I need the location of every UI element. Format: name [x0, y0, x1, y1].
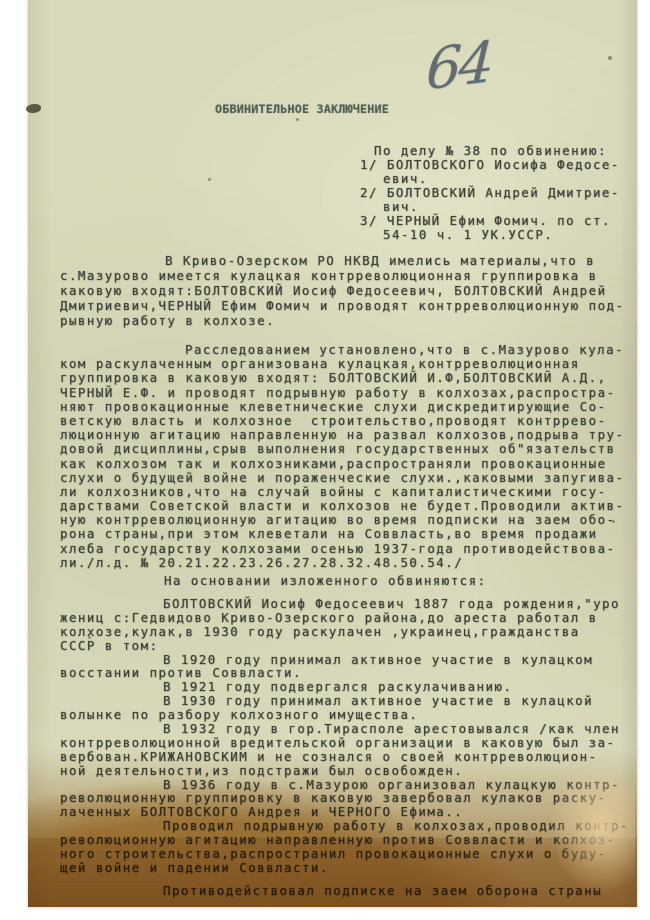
document-line: В 1932 году в гор.Тирасполе арестовывалс… — [163, 721, 637, 735]
document-line: группировка в каковую входят: БОЛТОВСКИЙ… — [60, 370, 637, 384]
paper-speck — [296, 118, 299, 121]
document-line: революционную группировку в каковую заве… — [60, 790, 637, 804]
document-line: ком раскулаченным организована кулацкая,… — [60, 356, 637, 370]
document-line: волынке по разбору колхозного имущества. — [60, 707, 637, 721]
case-header: По делу № 38 по обвинению:1/ БОЛТОВСКОГО… — [60, 143, 637, 241]
scan-canvas: { "page": { "paper_color": "#d9dabb", "s… — [0, 0, 650, 920]
document-line: лаченных БОЛТОВСКОГО Андрея и ЧЕРНОГО Еф… — [60, 804, 637, 818]
document-line: хлеба государству колхозами осенью 1937-… — [60, 541, 637, 555]
document-line: Проводил подрывную работу в колхозах,про… — [163, 818, 637, 832]
document-line: дарствами Советской власти и колхозов не… — [60, 498, 637, 512]
accusation-heading: На основании изложенного обвиняются: — [60, 573, 637, 588]
paragraph-boltovsky: БОЛТОВСКИЙ Иосиф Федосеевич 1887 года ро… — [60, 596, 637, 897]
document-line: БОЛТОВСКИЙ Иосиф Федосеевич 1887 года ро… — [163, 596, 637, 610]
document-title: ОБВИНИТЕЛЬНОЕ ЗАКЛЮЧЕНИЕ — [215, 102, 389, 116]
document-line: восстании против Соввласти. — [60, 665, 637, 679]
document-line: 2/ БОЛТОВСКИЙ Андрей Дмитрие- — [360, 185, 637, 199]
document-line: слухи о будущей войне и пораженческие сл… — [60, 470, 637, 484]
document-line: рона страны,при этом клеветали на Соввла… — [60, 526, 637, 540]
document-line: Расследованием установлено,что в с.Мазур… — [185, 342, 637, 356]
paragraph-investigation: Расследованием установлено,что в с.Мазур… — [60, 342, 637, 569]
document-line: ЧЕРНЫЙ Е.Ф. и проводят подрывную работу … — [60, 385, 637, 399]
document-line: рывную работу в колхозе. — [60, 313, 637, 328]
document-line: По делу № 38 по обвинению: — [374, 143, 637, 157]
document-line: Противодействовал подписке на заем оборо… — [163, 883, 637, 897]
document-line: 1/ БОЛТОВСКОГО Иосифа Федосе- — [360, 157, 637, 171]
paper-speck — [608, 56, 612, 60]
document-line: ли колхозников,что на случай войны с кап… — [60, 484, 637, 498]
document-line: каковую входят:БОЛТОВСКИЙ Иосиф Федосеев… — [60, 283, 637, 298]
document-page: 64 ОБВИНИТЕЛЬНОЕ ЗАКЛЮЧЕНИЕ По делу № 38… — [28, 0, 637, 907]
paragraph-intro: В Криво-Озерском РО НКВД имелись материа… — [60, 253, 637, 328]
document-line: ли./л.д. № 20.21.22.23.26.27.28.32.48.50… — [60, 555, 637, 569]
document-line: 54-10 ч. 1 УК.УССР. — [383, 227, 637, 241]
document-line: ную контрреволюционную агитацию во время… — [60, 512, 637, 526]
document-line: люционную агитацию направленную на разва… — [60, 427, 637, 441]
document-line: с.Мазурово имеется кулацкая контрреволюц… — [60, 268, 637, 283]
document-line: контрреволюционной вредительской организ… — [60, 735, 637, 749]
document-line: вич. — [383, 199, 637, 213]
document-line: как колхозом так и колхозниками,распрост… — [60, 456, 637, 470]
document-line: евич. — [383, 171, 637, 185]
document-line: няют провокационные клеветнические слухи… — [60, 399, 637, 413]
document-line: СССР в том: — [60, 638, 637, 652]
document-line: 3/ ЧЕРНЫЙ Ефим Фомич. по ст. — [360, 213, 637, 227]
document-line: колхозе,кулак,в 1930 году раскулачен ,ук… — [60, 624, 637, 638]
document-line: вербован.КРИЖАНОВСКИМ и не сознался о св… — [60, 749, 637, 763]
document-line: довой дисциплины,срыв выполнения государ… — [60, 441, 637, 455]
document-line: В 1920 году принимал активное участие в … — [163, 652, 637, 666]
document-line: На основании изложенного обвиняются: — [164, 573, 637, 588]
document-line: В Криво-Озерском РО НКВД имелись материа… — [165, 253, 637, 268]
document-line: ной деятельности,из подстражи был освобо… — [60, 763, 637, 777]
document-line: революционную агитацию направленную прот… — [60, 832, 637, 846]
document-body: По делу № 38 по обвинению:1/ БОЛТОВСКОГО… — [60, 143, 637, 897]
handwritten-page-number: 64 — [425, 30, 493, 104]
document-line: В 1930 году принимал активное участие в … — [163, 693, 637, 707]
paper-speck — [26, 104, 41, 113]
document-line: ного строительства,распространил провока… — [60, 846, 637, 860]
document-line: ветскую власть и колхозное строительство… — [60, 413, 637, 427]
document-line: щей войне и падении Соввласти. — [60, 860, 637, 874]
document-line: В 1936 году в с.Мазурою организовал кула… — [163, 777, 637, 791]
document-line: жениц с:Гедвидово Криво-Озерского района… — [60, 610, 637, 624]
document-line: Дмитриевич,ЧЕРНЫЙ Ефим Фомич и проводят … — [60, 298, 637, 313]
document-line: В 1921 году подвергался раскулачиванию. — [163, 679, 637, 693]
